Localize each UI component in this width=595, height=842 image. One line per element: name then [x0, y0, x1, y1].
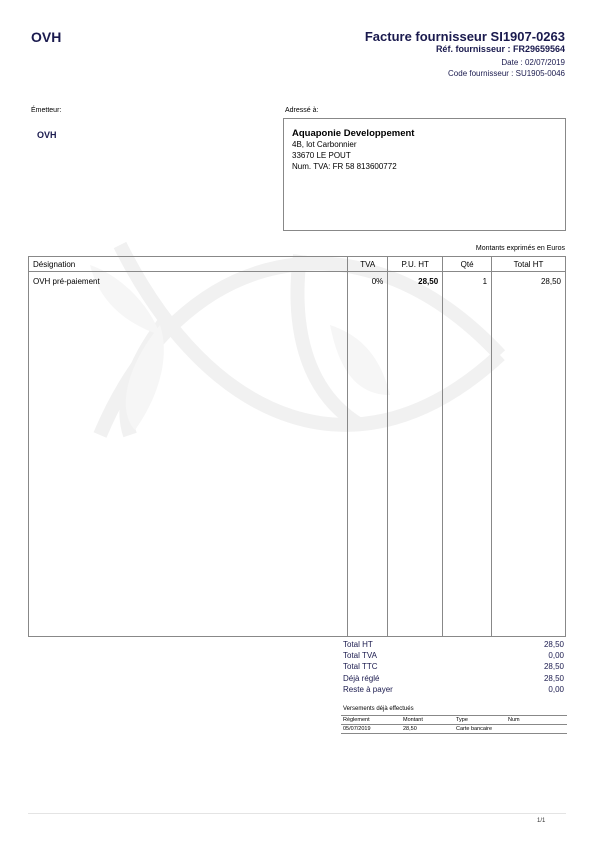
footer-divider [28, 813, 566, 814]
remaining-label: Reste à payer [343, 684, 393, 695]
total-ht-label: Total HT [343, 639, 373, 650]
table-row: OVH pré-paiement 0% 28,50 1 28,50 [29, 272, 566, 287]
cell-designation: OVH pré-paiement [29, 272, 348, 287]
company-logo: OVH [31, 29, 61, 45]
currency-note: Montants exprimés en Euros [476, 245, 565, 252]
payments-table: Règlement Montant Type Num 05/07/2019 28… [341, 715, 567, 734]
items-table-header: Désignation TVA P.U. HT Qté Total HT [29, 257, 566, 272]
payment-row: 05/07/2019 28,50 Carte bancaire [341, 725, 567, 734]
recipient-name: Aquaponie Developpement [292, 128, 414, 139]
column-header-qty: Qté [443, 257, 492, 272]
payments-col-reglement: Règlement [341, 716, 401, 725]
already-paid-value: 28,50 [544, 673, 564, 684]
cell-qty: 1 [443, 272, 492, 287]
column-header-total-ht: Total HT [492, 257, 566, 272]
column-header-tva: TVA [348, 257, 388, 272]
payments-header: Règlement Montant Type Num [341, 716, 567, 725]
supplier-code: Code fournisseur : SU1905-0046 [448, 69, 565, 78]
already-paid-row: Déjà réglé 28,50 [343, 673, 564, 684]
payment-num [506, 725, 567, 734]
payments-col-num: Num [506, 716, 567, 725]
items-table: Désignation TVA P.U. HT Qté Total HT OVH… [28, 256, 566, 637]
payments-col-montant: Montant [401, 716, 454, 725]
total-ttc-value: 28,50 [544, 661, 564, 672]
invoice-date: Date : 02/07/2019 [501, 58, 565, 67]
table-filler [29, 286, 566, 637]
cell-unit-price: 28,50 [388, 272, 443, 287]
recipient-vat-number: Num. TVA: FR 58 813600772 [292, 161, 414, 172]
cell-tva: 0% [348, 272, 388, 287]
column-header-unit-price: P.U. HT [388, 257, 443, 272]
total-tva-row: Total TVA 0,00 [343, 650, 564, 661]
supplier-reference: Réf. fournisseur : FR29659564 [436, 44, 565, 54]
recipient-address-line1: 4B, lot Carbonnier [292, 139, 414, 150]
total-ht-value: 28,50 [544, 639, 564, 650]
total-ht-row: Total HT 28,50 [343, 639, 564, 650]
total-tva-label: Total TVA [343, 650, 377, 661]
remaining-value: 0,00 [548, 684, 564, 695]
payments-col-type: Type [454, 716, 506, 725]
already-paid-label: Déjà réglé [343, 673, 379, 684]
remaining-row: Reste à payer 0,00 [343, 684, 564, 695]
sender-label: Émetteur: [31, 107, 61, 114]
recipient-address-line2: 33670 LE POUT [292, 150, 414, 161]
payments-title: Versements déjà effectués [343, 706, 414, 712]
total-ttc-row: Total TTC 28,50 [343, 661, 564, 672]
recipient-label: Adressé à: [285, 107, 318, 114]
column-header-designation: Désignation [29, 257, 348, 272]
total-ttc-label: Total TTC [343, 661, 378, 672]
page-number: 1/1 [537, 818, 545, 824]
payment-amount: 28,50 [401, 725, 454, 734]
invoice-title: Facture fournisseur SI1907-0263 [365, 29, 565, 44]
totals-block: Total HT 28,50 Total TVA 0,00 Total TTC … [343, 639, 564, 695]
cell-total-ht: 28,50 [492, 272, 566, 287]
total-tva-value: 0,00 [548, 650, 564, 661]
payment-date: 05/07/2019 [341, 725, 401, 734]
payment-type: Carte bancaire [454, 725, 506, 734]
sender-name: OVH [37, 130, 57, 140]
recipient-address-box: Aquaponie Developpement 4B, lot Carbonni… [283, 118, 566, 231]
